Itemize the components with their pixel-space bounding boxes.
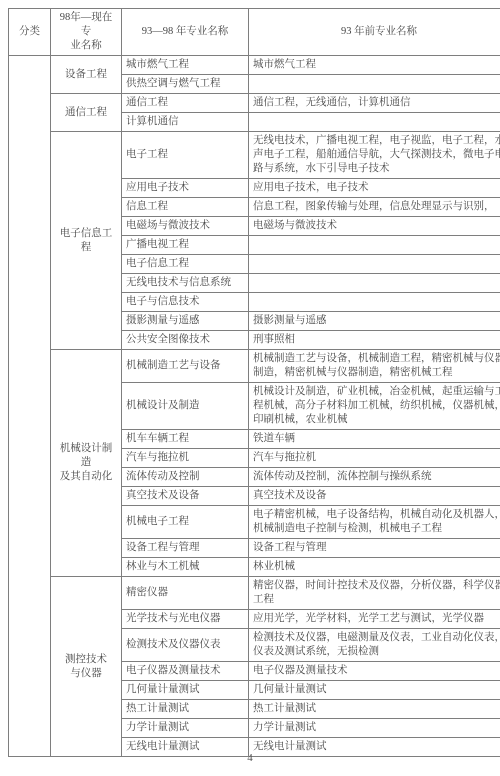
specialty-pre-93-cell: 无线电技术，广播电视工程，电子视监，电子工程，水声电子工程，船舶通信导航，大气探… — [249, 132, 500, 179]
category-column-empty-cell — [9, 56, 51, 757]
specialty-pre-93-cell: 应用光学，光学材料，光学工艺与测试，光学仪器 — [249, 610, 500, 629]
specialty-93-98-cell: 精密仪器 — [122, 577, 249, 610]
specialty-pre-93-cell: 电子精密机械，电子设备结构，机械自动化及机器人，机械制造电子控制与检测，机械电子… — [249, 506, 500, 539]
specialty-93-98-cell: 真空技术及设备 — [122, 487, 249, 506]
specialty-pre-93-cell: 林业机械 — [249, 558, 500, 577]
table-body: 设备工程城市燃气工程城市燃气工程供热空调与燃气工程通信工程通信工程通信工程，无线… — [9, 56, 500, 757]
specialty-93-98-cell: 机械设计及制造 — [122, 383, 249, 430]
specialty-pre-93-cell: 摄影测量与遥感 — [249, 312, 500, 331]
specialty-pre-93-cell: 铁道车辆 — [249, 430, 500, 449]
category-cell: 通信工程 — [51, 94, 122, 132]
specialty-pre-93-cell: 机械设计及制造，矿业机械，冶金机械，起重运输与工程机械，高分子材料加工机械，纺织… — [249, 383, 500, 430]
specialty-93-98-cell: 光学技术与光电仪器 — [122, 610, 249, 629]
header-row: 分类 98年—现在专 业名称 93—98 年专业名称 93 年前专业名称 — [9, 9, 500, 56]
specialty-93-98-cell: 机车车辆工程 — [122, 430, 249, 449]
specialty-93-98-cell: 热工计量测试 — [122, 700, 249, 719]
category-cell: 设备工程 — [51, 56, 122, 94]
specialty-pre-93-cell — [249, 113, 500, 132]
category-cell: 电子信息工 程 — [51, 132, 122, 350]
specialty-pre-93-cell: 精密仪器，时间计控技术及仪器，分析仪器，科学仪器工程 — [249, 577, 500, 610]
table-row: 测控技术 与仪器精密仪器精密仪器，时间计控技术及仪器，分析仪器，科学仪器工程 — [9, 577, 500, 610]
specialty-93-98-cell: 计算机通信 — [122, 113, 249, 132]
specialty-93-98-cell: 城市燃气工程 — [122, 56, 249, 75]
specialty-93-98-cell: 汽车与拖拉机 — [122, 449, 249, 468]
specialty-93-98-cell: 供热空调与燃气工程 — [122, 75, 249, 94]
specialty-pre-93-cell — [249, 236, 500, 255]
specialty-93-98-cell: 公共安全图像技术 — [122, 331, 249, 350]
specialty-pre-93-cell: 热工计量测试 — [249, 700, 500, 719]
header-93-98-names: 93—98 年专业名称 — [122, 9, 249, 56]
specialty-93-98-cell: 电子与信息技术 — [122, 293, 249, 312]
specialty-93-98-cell: 林业与木工机械 — [122, 558, 249, 577]
specialty-93-98-cell: 力学计量测试 — [122, 719, 249, 738]
specialty-93-98-cell: 几何量计量测试 — [122, 681, 249, 700]
table-row: 通信工程通信工程通信工程，无线通信，计算机通信 — [9, 94, 500, 113]
table-header: 分类 98年—现在专 业名称 93—98 年专业名称 93 年前专业名称 — [9, 9, 500, 56]
page-number: 4 — [0, 752, 500, 764]
specialty-pre-93-cell — [249, 255, 500, 274]
specialty-93-98-cell: 设备工程与管理 — [122, 539, 249, 558]
table-row: 电子信息工 程电子工程无线电技术，广播电视工程，电子视监，电子工程，水声电子工程… — [9, 132, 500, 179]
specialty-pre-93-cell: 信息工程，图象传输与处理，信息处理显示与识别， — [249, 198, 500, 217]
specialty-pre-93-cell: 力学计量测试 — [249, 719, 500, 738]
header-pre-93-names: 93 年前专业名称 — [249, 9, 500, 56]
specialty-93-98-cell: 电子仪器及测量技术 — [122, 662, 249, 681]
specialty-pre-93-cell — [249, 274, 500, 293]
specialty-pre-93-cell — [249, 293, 500, 312]
specialty-93-98-cell: 信息工程 — [122, 198, 249, 217]
specialty-pre-93-cell: 检测技术及仪器，电磁测量及仪表，工业自动化仪表，仪表及测试系统，无损检测 — [249, 629, 500, 662]
specialty-93-98-cell: 电子工程 — [122, 132, 249, 179]
specialty-93-98-cell: 机械电子工程 — [122, 506, 249, 539]
specialty-93-98-cell: 无线电技术与信息系统 — [122, 274, 249, 293]
specialty-pre-93-cell: 通信工程，无线通信，计算机通信 — [249, 94, 500, 113]
category-cell: 机械设计制造 及其自动化 — [51, 350, 122, 577]
specialty-pre-93-cell: 应用电子技术，电子技术 — [249, 179, 500, 198]
table-row: 机械设计制造 及其自动化机械制造工艺与设备机械制造工艺与设备，机械制造工程，精密… — [9, 350, 500, 383]
specialty-93-98-cell: 电子信息工程 — [122, 255, 249, 274]
specialty-93-98-cell: 通信工程 — [122, 94, 249, 113]
specialty-93-98-cell: 广播电视工程 — [122, 236, 249, 255]
specialty-pre-93-cell: 几何量计量测试 — [249, 681, 500, 700]
specialty-pre-93-cell: 设备工程与管理 — [249, 539, 500, 558]
specialty-pre-93-cell: 机械制造工艺与设备，机械制造工程，精密机械与仪器制造，精密机械与仪器制造，精密机… — [249, 350, 500, 383]
header-current-names: 98年—现在专 业名称 — [51, 9, 122, 56]
specialty-pre-93-cell: 流体传动及控制，流体控制与操纵系统 — [249, 468, 500, 487]
specialty-93-98-cell: 检测技术及仪器仪表 — [122, 629, 249, 662]
specialty-pre-93-cell: 城市燃气工程 — [249, 56, 500, 75]
document-page: 分类 98年—现在专 业名称 93—98 年专业名称 93 年前专业名称 设备工… — [0, 0, 500, 757]
specialty-mapping-table: 分类 98年—现在专 业名称 93—98 年专业名称 93 年前专业名称 设备工… — [8, 8, 500, 757]
specialty-pre-93-cell: 刑事照相 — [249, 331, 500, 350]
category-cell: 测控技术 与仪器 — [51, 577, 122, 757]
specialty-pre-93-cell — [249, 75, 500, 94]
specialty-pre-93-cell: 电磁场与微波技术 — [249, 217, 500, 236]
specialty-pre-93-cell: 电子仪器及测量技术 — [249, 662, 500, 681]
specialty-pre-93-cell: 汽车与拖拉机 — [249, 449, 500, 468]
specialty-93-98-cell: 摄影测量与遥感 — [122, 312, 249, 331]
table-row: 设备工程城市燃气工程城市燃气工程 — [9, 56, 500, 75]
specialty-93-98-cell: 机械制造工艺与设备 — [122, 350, 249, 383]
specialty-93-98-cell: 流体传动及控制 — [122, 468, 249, 487]
specialty-pre-93-cell: 真空技术及设备 — [249, 487, 500, 506]
header-category: 分类 — [9, 9, 51, 56]
specialty-93-98-cell: 电磁场与微波技术 — [122, 217, 249, 236]
specialty-93-98-cell: 应用电子技术 — [122, 179, 249, 198]
